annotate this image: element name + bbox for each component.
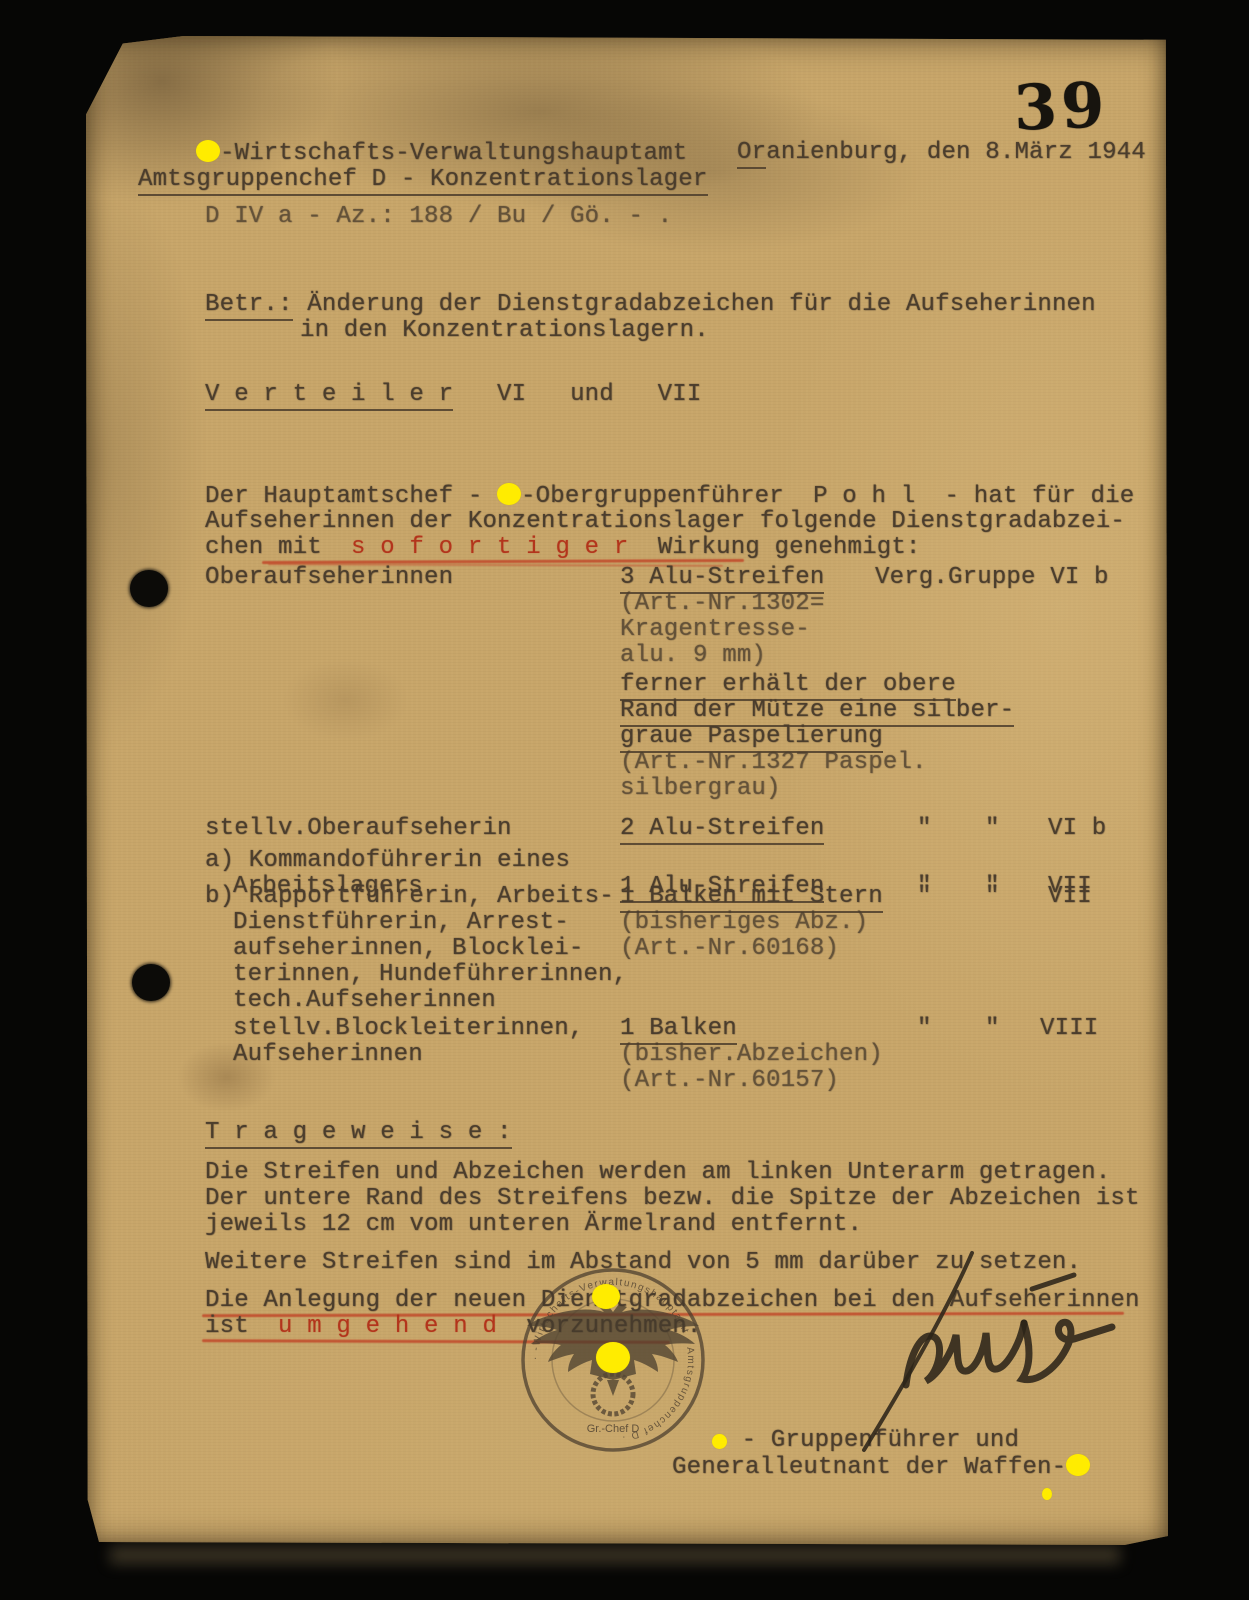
- date-rest: anienburg, den 8.März 1944: [766, 139, 1146, 166]
- distribution-value: VI und VII: [453, 381, 701, 408]
- scanner-shadow: [110, 1546, 1120, 1564]
- rank-row-4-badge-3: (Art.-Nr.60168): [620, 936, 839, 962]
- redaction-dot-icon: [596, 1342, 630, 1373]
- rank-row-3-line-1: a) Kommandoführerin eines: [205, 848, 570, 874]
- ditto-mark: ": [985, 1016, 1000, 1042]
- subject-line-2: in den Konzentrationslagern.: [300, 318, 709, 344]
- ditto-mark: ": [985, 816, 1000, 842]
- rank-row-1-group: Verg.Gruppe VI b: [875, 565, 1109, 591]
- rank-row-1-note-5: silbergrau): [620, 776, 781, 802]
- redaction-dot-icon: [712, 1434, 727, 1449]
- rank-row-2-title: stellv.Oberaufseherin: [205, 816, 512, 842]
- redaction-dot-icon: [196, 140, 220, 162]
- rank-row-1-badge-3: Kragentresse-: [620, 617, 810, 643]
- ditto-mark: ": [917, 1016, 932, 1042]
- rank-row-1-note-1: ferner erhält der obere: [620, 672, 956, 698]
- subject-label: Betr.:: [205, 291, 293, 321]
- signature: [820, 1235, 1120, 1465]
- stamp-inner-label: Gr.-Chef D: [587, 1423, 640, 1435]
- rank-row-1-note-2: Rand der Mütze eine silber-: [620, 698, 1014, 724]
- rank-row-1-note-4: (Art.-Nr.1327 Paspel.: [620, 750, 927, 776]
- intro-line-3-post: Wirkung genehmigt:: [628, 534, 920, 561]
- wearing-line-3: jeweils 12 cm vom unteren Ärmelrand entf…: [205, 1212, 862, 1238]
- date-underlined-part: Or: [737, 139, 766, 169]
- scanned-document: 39 -Wirtschafts-Verwaltungshauptamt Oran…: [0, 0, 1249, 1600]
- punch-hole: [130, 570, 168, 607]
- date-line: Oranienburg, den 8.März 1944: [737, 140, 1146, 166]
- ditto-mark: ": [917, 884, 932, 910]
- rank-row-5-badge-1: 1 Balken: [620, 1016, 737, 1042]
- rank-row-1-badge-4: alu. 9 mm): [620, 643, 766, 669]
- wearing-line-1: Die Streifen und Abzeichen werden am lin…: [205, 1160, 1110, 1186]
- closing-line-2-pre: ist: [205, 1313, 278, 1340]
- reference-line: D IV a - Az.: 188 / Bu / Gö. - .: [205, 204, 672, 230]
- wearing-heading: T r a g e w e i s e :: [205, 1120, 512, 1146]
- org-line-2: Amtsgruppenchef D - Konzentrationslager: [138, 167, 708, 193]
- rank-row-1-badge-2: (Art.-Nr.1302=: [620, 591, 824, 617]
- distribution-line: V e r t e i l e r VI und VII: [205, 382, 702, 408]
- badge-text: 2 Alu-Streifen: [620, 815, 824, 845]
- rank-row-2-group: VI b: [1048, 816, 1106, 842]
- rank-row-4-badge-2: (bisheriges Abz.): [620, 910, 868, 936]
- distribution-label: V e r t e i l e r: [205, 381, 453, 411]
- redaction-dot-icon: [1042, 1488, 1052, 1500]
- rank-row-1-title: Oberaufseherinnen: [205, 565, 453, 591]
- emphasis-umgehend: u m g e h e n d: [278, 1313, 497, 1340]
- intro-line-1-post: -Obergruppenführer P o h l - hat für die: [521, 483, 1134, 510]
- redaction-dot-icon: [592, 1284, 620, 1309]
- punch-hole: [132, 964, 170, 1001]
- rank-row-5-badge-3: (Art.-Nr.60157): [620, 1068, 839, 1094]
- rank-row-2-badge: 2 Alu-Streifen: [620, 816, 824, 842]
- rank-row-4-line-3: aufseherinnen, Blocklei-: [233, 936, 583, 962]
- rank-row-5-line-1: stellv.Blockleiterinnen,: [233, 1016, 583, 1042]
- org-line-1: -Wirtschafts-Verwaltungshauptamt: [196, 140, 687, 167]
- rank-row-4-line-5: tech.Aufseherinnen: [233, 988, 496, 1014]
- rank-row-1-note-3: graue Paspelierung: [620, 724, 883, 750]
- intro-line-3-pre: chen mit: [205, 534, 351, 561]
- ditto-mark: ": [985, 884, 1000, 910]
- intro-line-1: Der Hauptamtschef - -Obergruppenführer P…: [205, 483, 1134, 510]
- rank-row-4-line-2: Dienstführerin, Arrest-: [233, 910, 569, 936]
- page-number: 39: [1013, 68, 1110, 144]
- signature-stroke: [906, 1323, 1024, 1385]
- ditto-mark: ": [917, 816, 932, 842]
- signature-stroke: [1022, 1322, 1112, 1379]
- wearing-heading-text: T r a g e w e i s e :: [205, 1119, 512, 1149]
- rank-row-5-line-2: Aufseherinnen: [233, 1042, 423, 1068]
- signature-stroke: [1032, 1275, 1074, 1289]
- rank-row-5-group: VIII: [1040, 1016, 1098, 1042]
- org-line-2-text: Amtsgruppenchef D - Konzentrationslager: [138, 166, 708, 196]
- intro-line-2: Aufseherinnen der Konzentrationslager fo…: [205, 509, 1125, 535]
- rank-row-4-line-4: terinnen, Hundeführerinnen,: [233, 962, 627, 988]
- wearing-line-2: Der untere Rand des Streifens bezw. die …: [205, 1186, 1140, 1212]
- intro-line-1-pre: Der Hauptamtschef -: [205, 483, 497, 510]
- emphasis-sofortiger: s o f o r t i g e r: [351, 534, 628, 561]
- rank-row-4-badge-1: 1 Balken mit Stern: [620, 884, 883, 910]
- org-line-1-text: -Wirtschafts-Verwaltungshauptamt: [220, 140, 687, 167]
- subject-text-1: Änderung der Dienstgradabzeichen für die…: [293, 291, 1096, 318]
- redaction-dot-icon: [497, 483, 521, 505]
- subject-line-1: Betr.: Änderung der Dienstgradabzeichen …: [205, 292, 1096, 318]
- rank-row-4-group: VII: [1048, 884, 1092, 910]
- rank-row-1-badge-1: 3 Alu-Streifen: [620, 565, 824, 591]
- rank-row-4-line-1: b) Rapportführerin, Arbeits-: [205, 884, 614, 910]
- rank-row-5-badge-2: (bisher.Abzeichen): [620, 1042, 883, 1068]
- intro-line-3: chen mit s o f o r t i g e r Wirkung gen…: [205, 535, 921, 561]
